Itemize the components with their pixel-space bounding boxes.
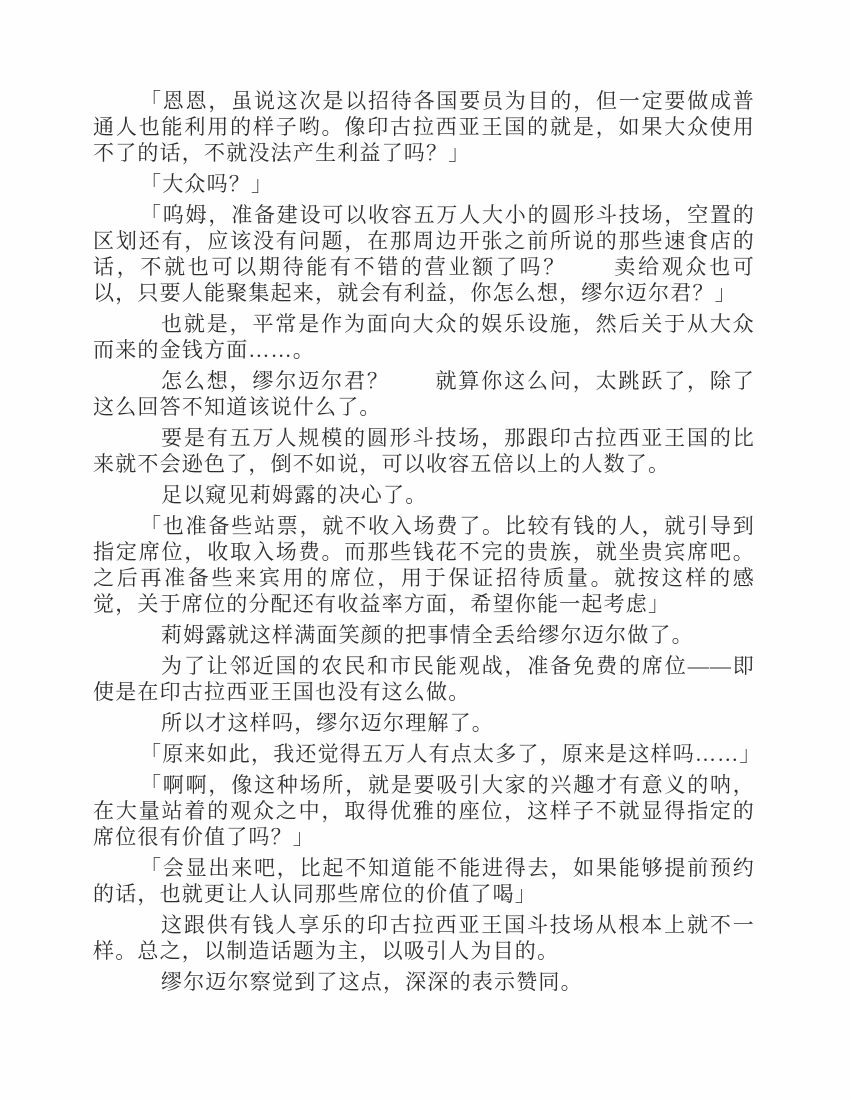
paragraph-10: 为了让邻近国的农民和市民能观战，准备免费的席位——即使是在印古拉西亚王国也没有这…: [93, 653, 755, 705]
paragraph-4: 也就是，平常是作为面向大众的娱乐设施，然后关于从大众而来的金钱方面……。: [93, 311, 755, 363]
paragraph-3: 「呜姆，准备建设可以收容五万人大小的圆形斗技场，空置的区划还有，应该没有问题，在…: [93, 202, 755, 306]
paragraph-7: 足以窥见莉姆露的决心了。: [93, 482, 755, 508]
paragraph-11: 所以才这样吗，缪尔迈尔理解了。: [93, 710, 755, 736]
paragraph-8: 「也准备些站票，就不收入场费了。比较有钱的人，就引导到指定席位，收取入场费。而那…: [93, 513, 755, 617]
paragraph-2: 「大众吗？」: [93, 171, 755, 197]
paragraph-16: 缪尔迈尔察觉到了这点，深深的表示赞同。: [93, 969, 755, 995]
paragraph-15: 这跟供有钱人享乐的印古拉西亚王国斗技场从根本上就不一样。总之，以制造话题为主，以…: [93, 912, 755, 964]
paragraph-9: 莉姆露就这样满面笑颜的把事情全丢给缪尔迈尔做了。: [93, 622, 755, 648]
paragraph-5: 怎么想，缪尔迈尔君？ 就算你这么问，太跳跃了，除了这么回答不知道该说什么了。: [93, 368, 755, 420]
paragraph-13: 「啊啊，像这种场所，就是要吸引大家的兴趣才有意义的呐，在大量站着的观众之中，取得…: [93, 772, 755, 850]
paragraph-14: 「会显出来吧，比起不知道能不能进得去，如果能够提前预约的话，也就更让人认同那些席…: [93, 855, 755, 907]
text-content: 「恩恩，虽说这次是以招待各国要员为目的，但一定要做成普通人也能利用的样子哟。像印…: [93, 88, 755, 1000]
paragraph-6: 要是有五万人规模的圆形斗技场，那跟印古拉西亚王国的比来就不会逊色了，倒不如说，可…: [93, 425, 755, 477]
paragraph-12: 「原来如此，我还觉得五万人有点太多了，原来是这样吗……」: [93, 741, 755, 767]
novel-page: 「恩恩，虽说这次是以招待各国要员为目的，但一定要做成普通人也能利用的样子哟。像印…: [0, 0, 850, 1100]
paragraph-1: 「恩恩，虽说这次是以招待各国要员为目的，但一定要做成普通人也能利用的样子哟。像印…: [93, 88, 755, 166]
